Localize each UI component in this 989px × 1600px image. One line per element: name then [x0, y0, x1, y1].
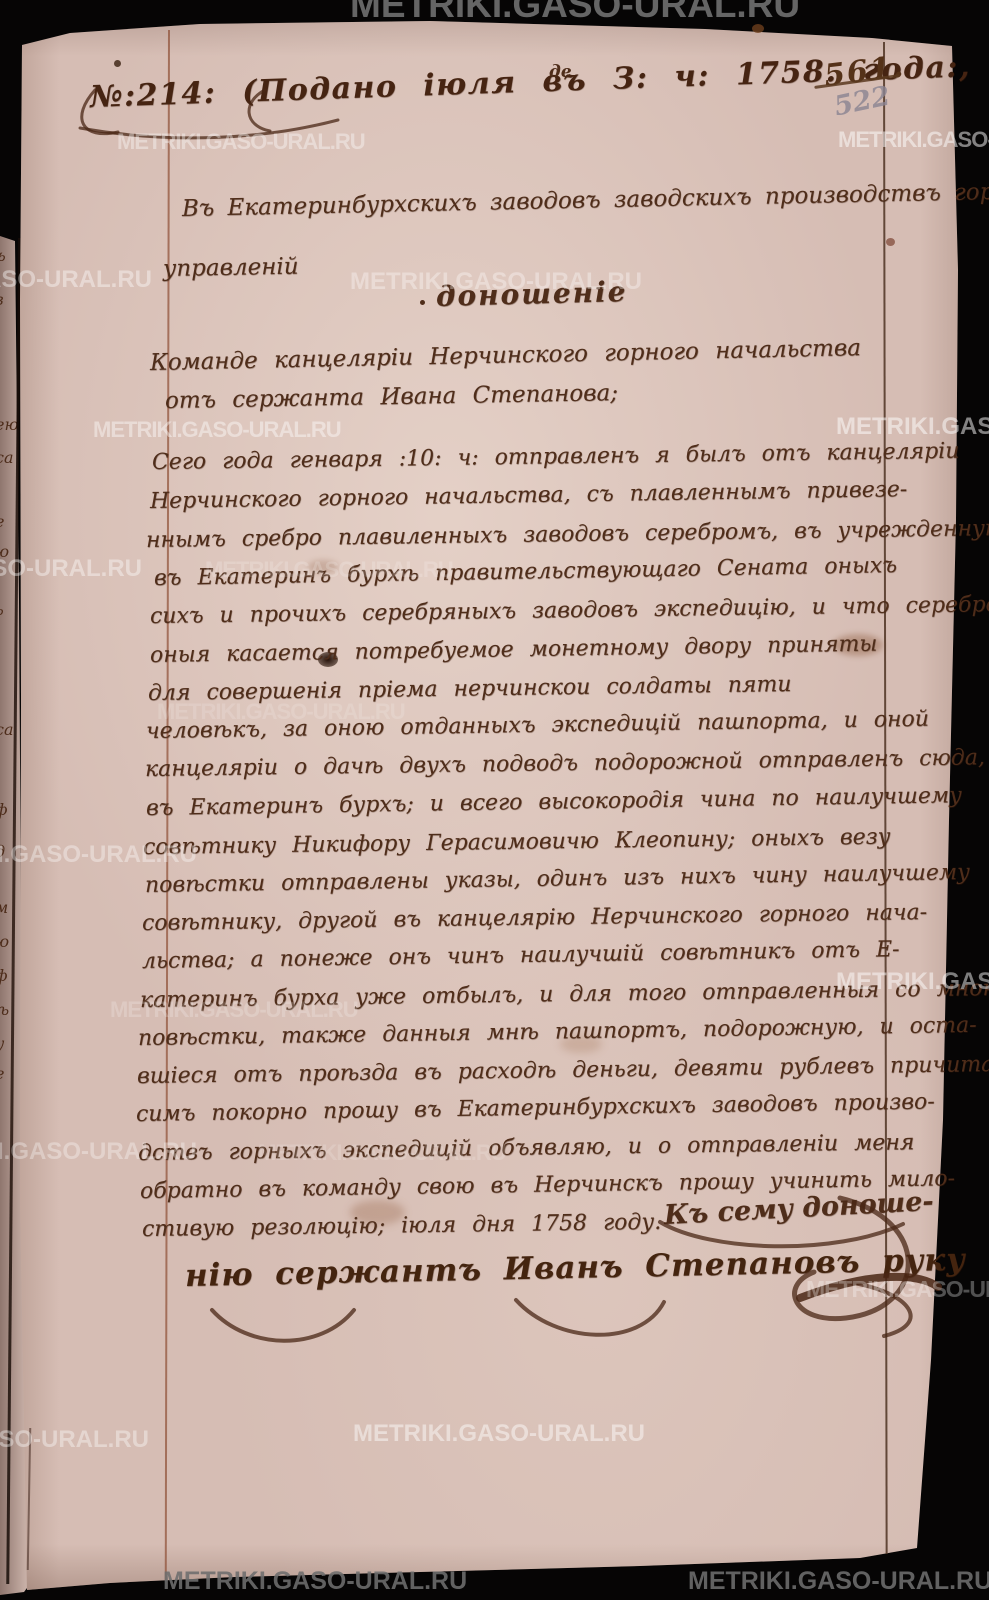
watermark-text: METRIKI.GASO-URAL.RU: [0, 1426, 149, 1454]
watermark-text: METRIKI.GASO-URAL.RU: [688, 1567, 989, 1596]
watermark-text: METRIKI.GASO-URAL.RU: [205, 557, 453, 583]
watermark-text: METRIKI.GASO-URAL.RU: [93, 417, 341, 443]
watermark-text: METRIKI.GASO-URAL.RU: [0, 1138, 197, 1166]
watermark-text: METRIKI.GASO-URAL.RU: [110, 997, 358, 1023]
watermark-text: METRIKI.GASO-URAL.RU: [157, 699, 405, 725]
watermark-text: METRIKI.GASO-URAL.RU: [117, 129, 365, 155]
watermark-layer: METRIKI.GASO-URAL.RUMETRIKI.GASO-URAL.RU…: [0, 0, 989, 1600]
watermark-text: METRIKI.GASO-URAL.RU: [838, 127, 989, 153]
watermark-text: METRIKI.GASO-URAL.RU: [350, 0, 800, 26]
watermark-text: METRIKI.GASO-URAL.RU: [0, 555, 142, 583]
watermark-text: METRIKI.GASO-URAL.RU: [0, 841, 197, 869]
watermark-text: METRIKI.GASO-URAL.RU: [0, 266, 152, 294]
watermark-text: METRIKI.GASO-URAL.RU: [806, 1276, 989, 1303]
watermark-text: METRIKI.GASO-URAL.RU: [353, 1420, 645, 1448]
watermark-text: METRIKI.GASO-URAL.RU: [836, 413, 989, 441]
watermark-text: METRIKI.GASO-URAL.RU: [350, 268, 642, 296]
watermark-text: METRIKI.GASO-URAL.RU: [836, 968, 989, 996]
watermark-text: METRIKI.GASO-URAL.RU: [258, 1140, 506, 1166]
archival-scan: ъзеюсаеюьсафдмюфѣуе №:214: (Подано іюля …: [0, 0, 989, 1600]
watermark-text: METRIKI.GASO-URAL.RU: [163, 1567, 467, 1596]
